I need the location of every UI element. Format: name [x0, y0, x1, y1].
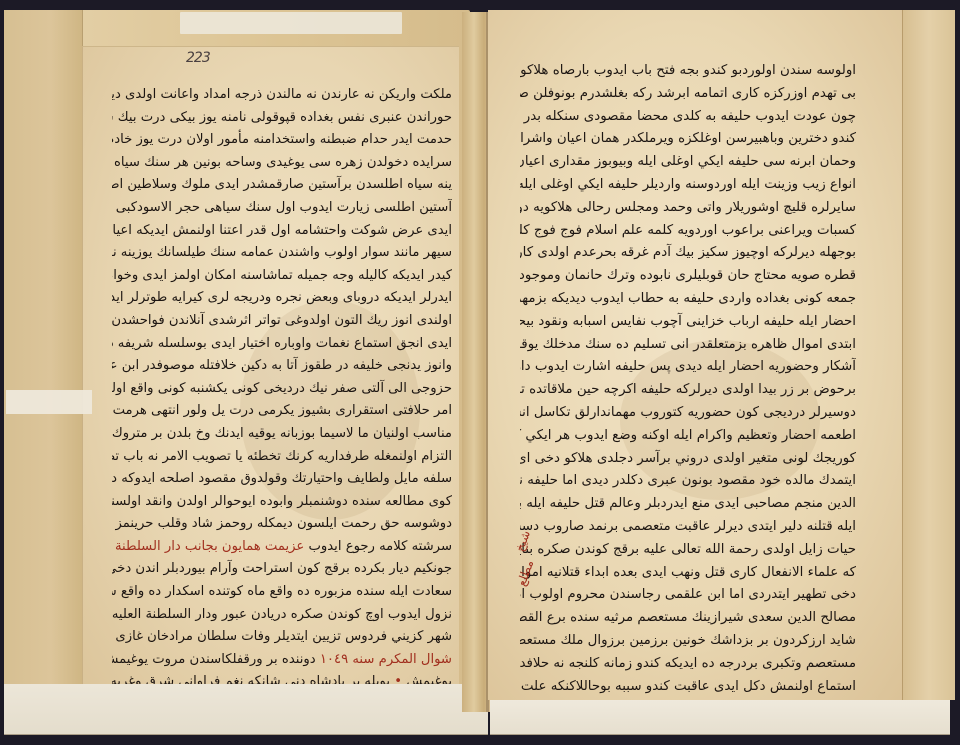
- manuscript-line: نزول ايدوب اوچ كوندن صكره دريادن عبور ود…: [112, 604, 452, 627]
- manuscript-line: سلفه مايل ولطايف واحتيارتك وقولدوق مقصود…: [112, 468, 452, 491]
- manuscript-line: كوريجك لونى متغير اولدى دروني برآسر دجلد…: [520, 448, 856, 471]
- manuscript-line: الدين منجم مصاحبى ايدى منع ايدردبلر وعال…: [520, 493, 856, 516]
- manuscript-line: اولندى انوز ريك التون اولدوغى تواتر اثرش…: [112, 310, 452, 333]
- repair-paper-bottom-left: [4, 684, 488, 735]
- manuscript-line: كيدر ايديكه كاليله وجه جميله تماشاسنه ام…: [112, 265, 452, 288]
- manuscript-line: كوى مطالعه سنده دوشنمبلر وابوده ايوحوالر…: [112, 491, 452, 514]
- repair-tape-top: [180, 12, 402, 34]
- manuscript-line: ايدى انجق استماع نغمات واوباره اختيار اي…: [112, 333, 452, 356]
- manuscript-line: جونكيم ديار بكرده برقج كون استراحت وآرام…: [112, 558, 452, 581]
- manuscript-line: ايدرلر ايديكه دروباى وبعض نجره ودريجه لر…: [112, 287, 452, 310]
- manuscript-line: شوال المكرم سنه ١٠٤٩ دوننده بر ورقفلكاسن…: [112, 649, 452, 672]
- manuscript-line: سايرلره قليچ اوشوريلار واتى وحمد ومجلس ر…: [520, 197, 856, 220]
- manuscript-line: مصالح الدين سعدى شيرازينك مستعصم مرثيه س…: [520, 607, 856, 630]
- manuscript-line: برحوض بر زر بيدا اولدى ديرلركه حليفه اكر…: [520, 379, 856, 402]
- manuscript-line: وحمان ابرنه سى حليفه ايكي اوغلى ايله وبي…: [520, 151, 856, 174]
- manuscript-line: حوراندن عنبرى نفس بغداده قپوقولى نامنه ي…: [112, 107, 452, 130]
- manuscript-line: چون عودت ايدوب حليفه به كلدى محضا مقصودى…: [520, 106, 856, 129]
- folio-number: 223: [186, 50, 210, 66]
- manuscript-line: بى تهدم اوزركزه كارى اتمامه ابرشد ركه بغ…: [520, 83, 856, 106]
- manuscript-spread: 223 ملكت واريكن نه عارندن نه مالندن ذرجه…: [0, 0, 960, 745]
- manuscript-line: دخى تطهير ايتدردى اما ابن علقمى رجاسندن …: [520, 584, 856, 607]
- manuscript-line: كسبات ويراعنى براعوب اوردويه كلمه علم اس…: [520, 220, 856, 243]
- manuscript-line: ايدى عرض شوكت واحتشامه اول قدر اعتنا اول…: [112, 220, 452, 243]
- manuscript-line: سعادت ايله سنده مزبوره ده واقع ماه كوتند…: [112, 581, 452, 604]
- manuscript-line: شهر كزيني فردوس تزيين ايتديلر وفات سلطان…: [112, 626, 452, 649]
- repair-tape-left: [6, 390, 92, 414]
- manuscript-line: احضار ايله حليفه ارباب خزاينى آچوب نفايس…: [520, 311, 856, 334]
- manuscript-line: امر حلافتى استقراری بشيوز يكرمى درت يل و…: [112, 400, 452, 423]
- manuscript-line: حيات زايل اولدى رحمة الله تعالى عليه برق…: [520, 539, 856, 562]
- manuscript-line: بوجهله ديرلركه اوچيوز سكيز بيك آدم غرقه …: [520, 242, 856, 265]
- manuscript-line: سرشته كلامه رجوع ايدوب عزيمت همايون بجان…: [112, 536, 452, 559]
- manuscript-line: ينه سياه اطلسدن برآستين صارقمشدر ايدى مل…: [112, 174, 452, 197]
- manuscript-line: قطره صويه محتاج حان قوبليلرى نابوده وترك…: [520, 265, 856, 288]
- manuscript-line: حدمت ايدر حدام ضبطنه واستخدامنه مأمور او…: [112, 129, 452, 152]
- manuscript-line: ابتدى اموال ظاهره بزمتعلقدر انى تسليم ده…: [520, 334, 856, 357]
- manuscript-line: مستعصم وتكبرى بردرجه ده ايديكه كندو زمان…: [520, 653, 856, 676]
- manuscript-line: جمعه كونى بغداده واردى حليفه به حطاب ايد…: [520, 288, 856, 311]
- manuscript-line: دوشوسه حق رحمت ايلسون ديمكله روحمز شاد و…: [112, 513, 452, 536]
- rubric-text: عزيمت همايون بجانب دار السلطنة العليه ده…: [112, 539, 304, 554]
- manuscript-line: ايتمدك مالده خود مقصود بونون عبرى دكلدر …: [520, 470, 856, 493]
- manuscript-line: اولوسه سندن اولوردبو كندو بجه فتح باب اي…: [520, 60, 856, 83]
- manuscript-line: ملكت واريكن نه عارندن نه مالندن ذرجه امد…: [112, 84, 452, 107]
- manuscript-line: اطعمه احضار وتعظيم واكرام ايله اوكنه وضع…: [520, 425, 856, 448]
- manuscript-line: سرايده دخولدن زهره سى يوغيدى وساحه بونين…: [112, 152, 452, 175]
- manuscript-line: التزام اولنمغله طرفداريه كرنك تخطئه يا ت…: [112, 446, 452, 469]
- manuscript-line: شايد ارزكردون بر بزداشك خونين برزمين برز…: [520, 630, 856, 653]
- rubric-text: شوال المكرم سنه ١٠٤٩: [320, 652, 452, 667]
- left-page-text-block: ملكت واريكن نه عارندن نه مالندن ذرجه امد…: [112, 84, 452, 739]
- manuscript-line: وانوز يدنجى خليفه در طقوز آتا به دكين خل…: [112, 355, 452, 378]
- manuscript-line: دوسيرلر درديجى كون حضوريه كتوروب مهماندا…: [520, 402, 856, 425]
- right-page-outer-margin: [902, 10, 955, 700]
- manuscript-line: حزوجى الى آلتى صفر نيك درديخى كونى يكشنب…: [112, 378, 452, 401]
- manuscript-line: ايله قتلنه دلير ايتدى ديرلر عاقبت متعصمى…: [520, 516, 856, 539]
- manuscript-line: سيهر مانند سوار اولوب واشندن عمامه سنك ط…: [112, 242, 452, 265]
- right-page-text-block: اولوسه سندن اولوردبو كندو بجه فتح باب اي…: [520, 60, 856, 721]
- manuscript-line: كه علماء الانفعال كارى قتل ونهب ايدى بعد…: [520, 562, 856, 585]
- manuscript-line: انواع زيب وزينت ايله اوردوسنه وارديلر حل…: [520, 174, 856, 197]
- manuscript-line: كندو دخترين وباهبيرسن اوغلكزه ويرملكدر ه…: [520, 128, 856, 151]
- manuscript-line: آشكار وحضوريه احضار ايله ديدى پس حليفه ا…: [520, 356, 856, 379]
- repair-paper-bottom-right: [490, 700, 950, 735]
- manuscript-line: مناسب اولنيان ما لاسيما بوزبانه يوقيه اي…: [112, 423, 452, 446]
- manuscript-line: آستين اطلسى زيارت ايدوب اول سنك سياهى حج…: [112, 197, 452, 220]
- manuscript-line: استماع اولنمش دكل ايدى عاقبت كندو سببه ب…: [520, 676, 856, 699]
- left-page-inner-guard-strip: [4, 10, 83, 690]
